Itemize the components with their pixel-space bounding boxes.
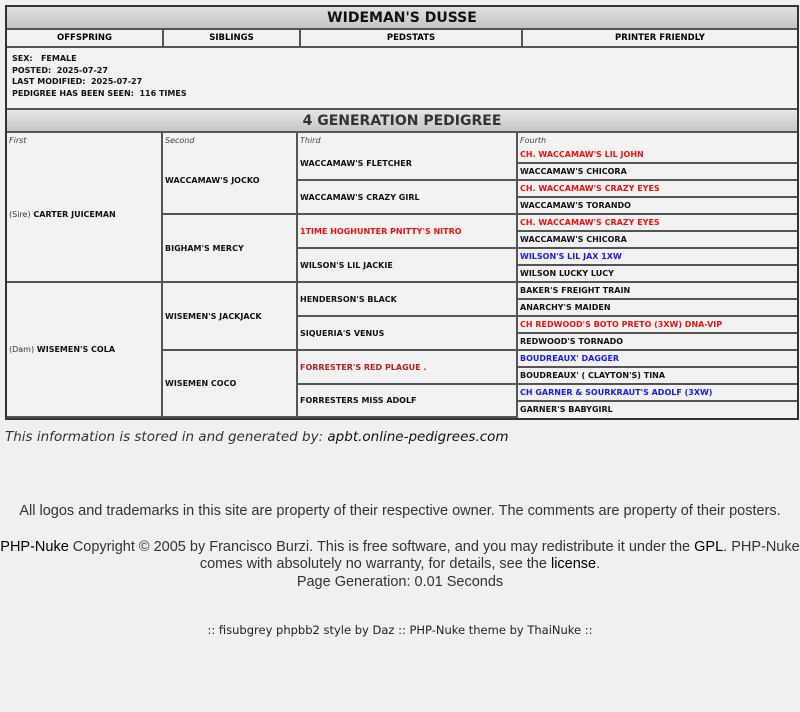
copyright-text: Copyright © 2005 by Francisco Burzi. Thi… [69, 539, 694, 555]
fourth-gen-link[interactable]: ANARCHY'S MAIDEN [520, 303, 611, 312]
period: . [596, 556, 600, 572]
second-gen-link[interactable]: WISEMEN'S JACKJACK [165, 312, 262, 321]
fourth-gen-cell: CH GARNER & SOURKRAUT'S ADOLF (3XW) [517, 384, 797, 401]
third-gen-cell: FORRESTER'S RED PLAGUE . [297, 350, 517, 384]
pedigree-title: 4 GENERATION PEDIGREE [7, 110, 797, 133]
fourth-gen-link[interactable]: WILSON'S LIL JAX 1XW [520, 252, 622, 261]
fourth-gen-cell: BAKER'S FREIGHT TRAIN [517, 282, 797, 299]
fourth-gen-cell: ANARCHY'S MAIDEN [517, 299, 797, 316]
phpnuke-link[interactable]: PHP-Nuke [0, 539, 69, 555]
header-second: Second [162, 133, 297, 147]
third-gen-cell: SIQUERIA'S VENUS [297, 316, 517, 350]
fourth-gen-link[interactable]: CH. WACCAMAW'S CRAZY EYES [520, 218, 660, 227]
third-gen-cell: WILSON'S LIL JACKIE [297, 248, 517, 282]
page-generation: Page Generation: 0.01 Seconds [0, 574, 800, 592]
pedigree-header-row: First Second Third Fourth [7, 133, 797, 147]
nav-siblings[interactable]: SIBLINGS [164, 30, 301, 46]
header-fourth: Fourth [517, 133, 797, 147]
fourth-gen-link[interactable]: BAKER'S FREIGHT TRAIN [520, 286, 630, 295]
second-gen-cell: BIGHAM'S MERCY [162, 214, 297, 282]
license-link[interactable]: license [551, 556, 596, 572]
seen-count: PEDIGREE HAS BEEN SEEN: 116 TIMES [12, 88, 792, 100]
dam-link[interactable]: WISEMEN'S COLA [37, 345, 115, 354]
third-gen-cell: FORRESTERS MISS ADOLF [297, 384, 517, 417]
header-first: First [7, 133, 162, 147]
source-text: This information is stored in and genera… [5, 429, 327, 445]
fourth-gen-cell: GARNER'S BABYGIRL [517, 401, 797, 417]
third-gen-cell: 1TIME HOGHUNTER PNITTY'S NITRO [297, 214, 517, 248]
fourth-gen-cell: BOUDREAUX' DAGGER [517, 350, 797, 367]
fourth-gen-cell: REDWOOD'S TORNADO [517, 333, 797, 350]
fourth-gen-cell: WILSON'S LIL JAX 1XW [517, 248, 797, 265]
source-link[interactable]: apbt.online-pedigrees.com [327, 429, 508, 445]
second-gen-cell: WACCAMAW'S JOCKO [162, 147, 297, 214]
fourth-gen-link[interactable]: CH GARNER & SOURKRAUT'S ADOLF (3XW) [520, 388, 712, 397]
pedigree-panel: WIDEMAN'S DUSSE OFFSPRING SIBLINGS PEDST… [5, 5, 799, 420]
fourth-gen-link[interactable]: CH. WACCAMAW'S LIL JOHN [520, 150, 644, 159]
sire-label: (Sire) [9, 210, 31, 219]
nav-printer-friendly[interactable]: PRINTER FRIENDLY [523, 30, 797, 46]
dog-title: WIDEMAN'S DUSSE [7, 7, 797, 30]
nav-pedstats[interactable]: PEDSTATS [301, 30, 523, 46]
fourth-gen-cell: CH REDWOOD'S BOTO PRETO (3XW) DNA-VIP [517, 316, 797, 333]
fourth-gen-cell: CH. WACCAMAW'S CRAZY EYES [517, 180, 797, 197]
second-gen-link[interactable]: BIGHAM'S MERCY [165, 244, 244, 253]
third-gen-link[interactable]: WILSON'S LIL JACKIE [300, 261, 393, 270]
fourth-gen-cell: WACCAMAW'S TORANDO [517, 197, 797, 214]
third-gen-cell: WACCAMAW'S CRAZY GIRL [297, 180, 517, 214]
second-gen-cell: WISEMEN COCO [162, 350, 297, 417]
dam-cell: (Dam) WISEMEN'S COLA [7, 282, 162, 417]
second-gen-cell: WISEMEN'S JACKJACK [162, 282, 297, 350]
fourth-gen-cell: WILSON LUCKY LUCY [517, 265, 797, 282]
fourth-gen-cell: CH. WACCAMAW'S CRAZY EYES [517, 214, 797, 231]
sire-link[interactable]: CARTER JUICEMAN [33, 210, 115, 219]
fourth-gen-link[interactable]: WACCAMAW'S CHICORA [520, 235, 627, 244]
third-gen-link[interactable]: WACCAMAW'S CRAZY GIRL [300, 193, 420, 202]
dam-label: (Dam) [9, 345, 34, 354]
fourth-gen-link[interactable]: BOUDREAUX' DAGGER [520, 354, 619, 363]
pedigree-row: (Sire) CARTER JUICEMANWACCAMAW'S JOCKOWA… [7, 147, 797, 163]
fourth-gen-link[interactable]: WILSON LUCKY LUCY [520, 269, 614, 278]
copyright-notice: PHP-Nuke Copyright © 2005 by Francisco B… [0, 539, 800, 574]
fourth-gen-cell: WACCAMAW'S CHICORA [517, 163, 797, 180]
second-gen-link[interactable]: WISEMEN COCO [165, 379, 236, 388]
fourth-gen-link[interactable]: REDWOOD'S TORNADO [520, 337, 623, 346]
modified-field: LAST MODIFIED: 2025-07-27 [12, 76, 792, 88]
fourth-gen-link[interactable]: WACCAMAW'S CHICORA [520, 167, 627, 176]
third-gen-link[interactable]: SIQUERIA'S VENUS [300, 329, 384, 338]
third-gen-link[interactable]: FORRESTER'S RED PLAGUE . [300, 363, 426, 372]
theme-credit: :: fisubgrey phpbb2 style by Daz :: PHP-… [0, 623, 800, 637]
header-third: Third [297, 133, 517, 147]
pedigree-table: First Second Third Fourth (Sire) CARTER … [7, 133, 797, 418]
fourth-gen-cell: WACCAMAW'S CHICORA [517, 231, 797, 248]
third-gen-link[interactable]: FORRESTERS MISS ADOLF [300, 396, 417, 405]
sex-field: SEX: FEMALE [12, 53, 792, 65]
trademark-notice: All logos and trademarks in this site ar… [0, 503, 800, 521]
nav-bar: OFFSPRING SIBLINGS PEDSTATS PRINTER FRIE… [7, 30, 797, 48]
third-gen-link[interactable]: WACCAMAW'S FLETCHER [300, 159, 412, 168]
fourth-gen-cell: CH. WACCAMAW'S LIL JOHN [517, 147, 797, 163]
third-gen-cell: HENDERSON'S BLACK [297, 282, 517, 316]
fourth-gen-link[interactable]: CH. WACCAMAW'S CRAZY EYES [520, 184, 660, 193]
posted-field: POSTED: 2025-07-27 [12, 65, 792, 77]
third-gen-link[interactable]: 1TIME HOGHUNTER PNITTY'S NITRO [300, 227, 462, 236]
fourth-gen-link[interactable]: WACCAMAW'S TORANDO [520, 201, 631, 210]
second-gen-link[interactable]: WACCAMAW'S JOCKO [165, 176, 260, 185]
fourth-gen-link[interactable]: CH REDWOOD'S BOTO PRETO (3XW) DNA-VIP [520, 320, 722, 329]
footer: All logos and trademarks in this site ar… [0, 503, 800, 591]
third-gen-cell: WACCAMAW'S FLETCHER [297, 147, 517, 180]
third-gen-link[interactable]: HENDERSON'S BLACK [300, 295, 397, 304]
dog-info: SEX: FEMALE POSTED: 2025-07-27 LAST MODI… [7, 48, 797, 110]
fourth-gen-cell: BOUDREAUX' ( CLAYTON'S) TINA [517, 367, 797, 384]
pedigree-row: (Dam) WISEMEN'S COLAWISEMEN'S JACKJACKHE… [7, 282, 797, 299]
fourth-gen-link[interactable]: BOUDREAUX' ( CLAYTON'S) TINA [520, 371, 665, 380]
sire-cell: (Sire) CARTER JUICEMAN [7, 147, 162, 282]
gpl-link[interactable]: GPL [694, 539, 723, 555]
fourth-gen-link[interactable]: GARNER'S BABYGIRL [520, 405, 613, 414]
source-note: This information is stored in and genera… [5, 429, 509, 445]
nav-offspring[interactable]: OFFSPRING [7, 30, 164, 46]
